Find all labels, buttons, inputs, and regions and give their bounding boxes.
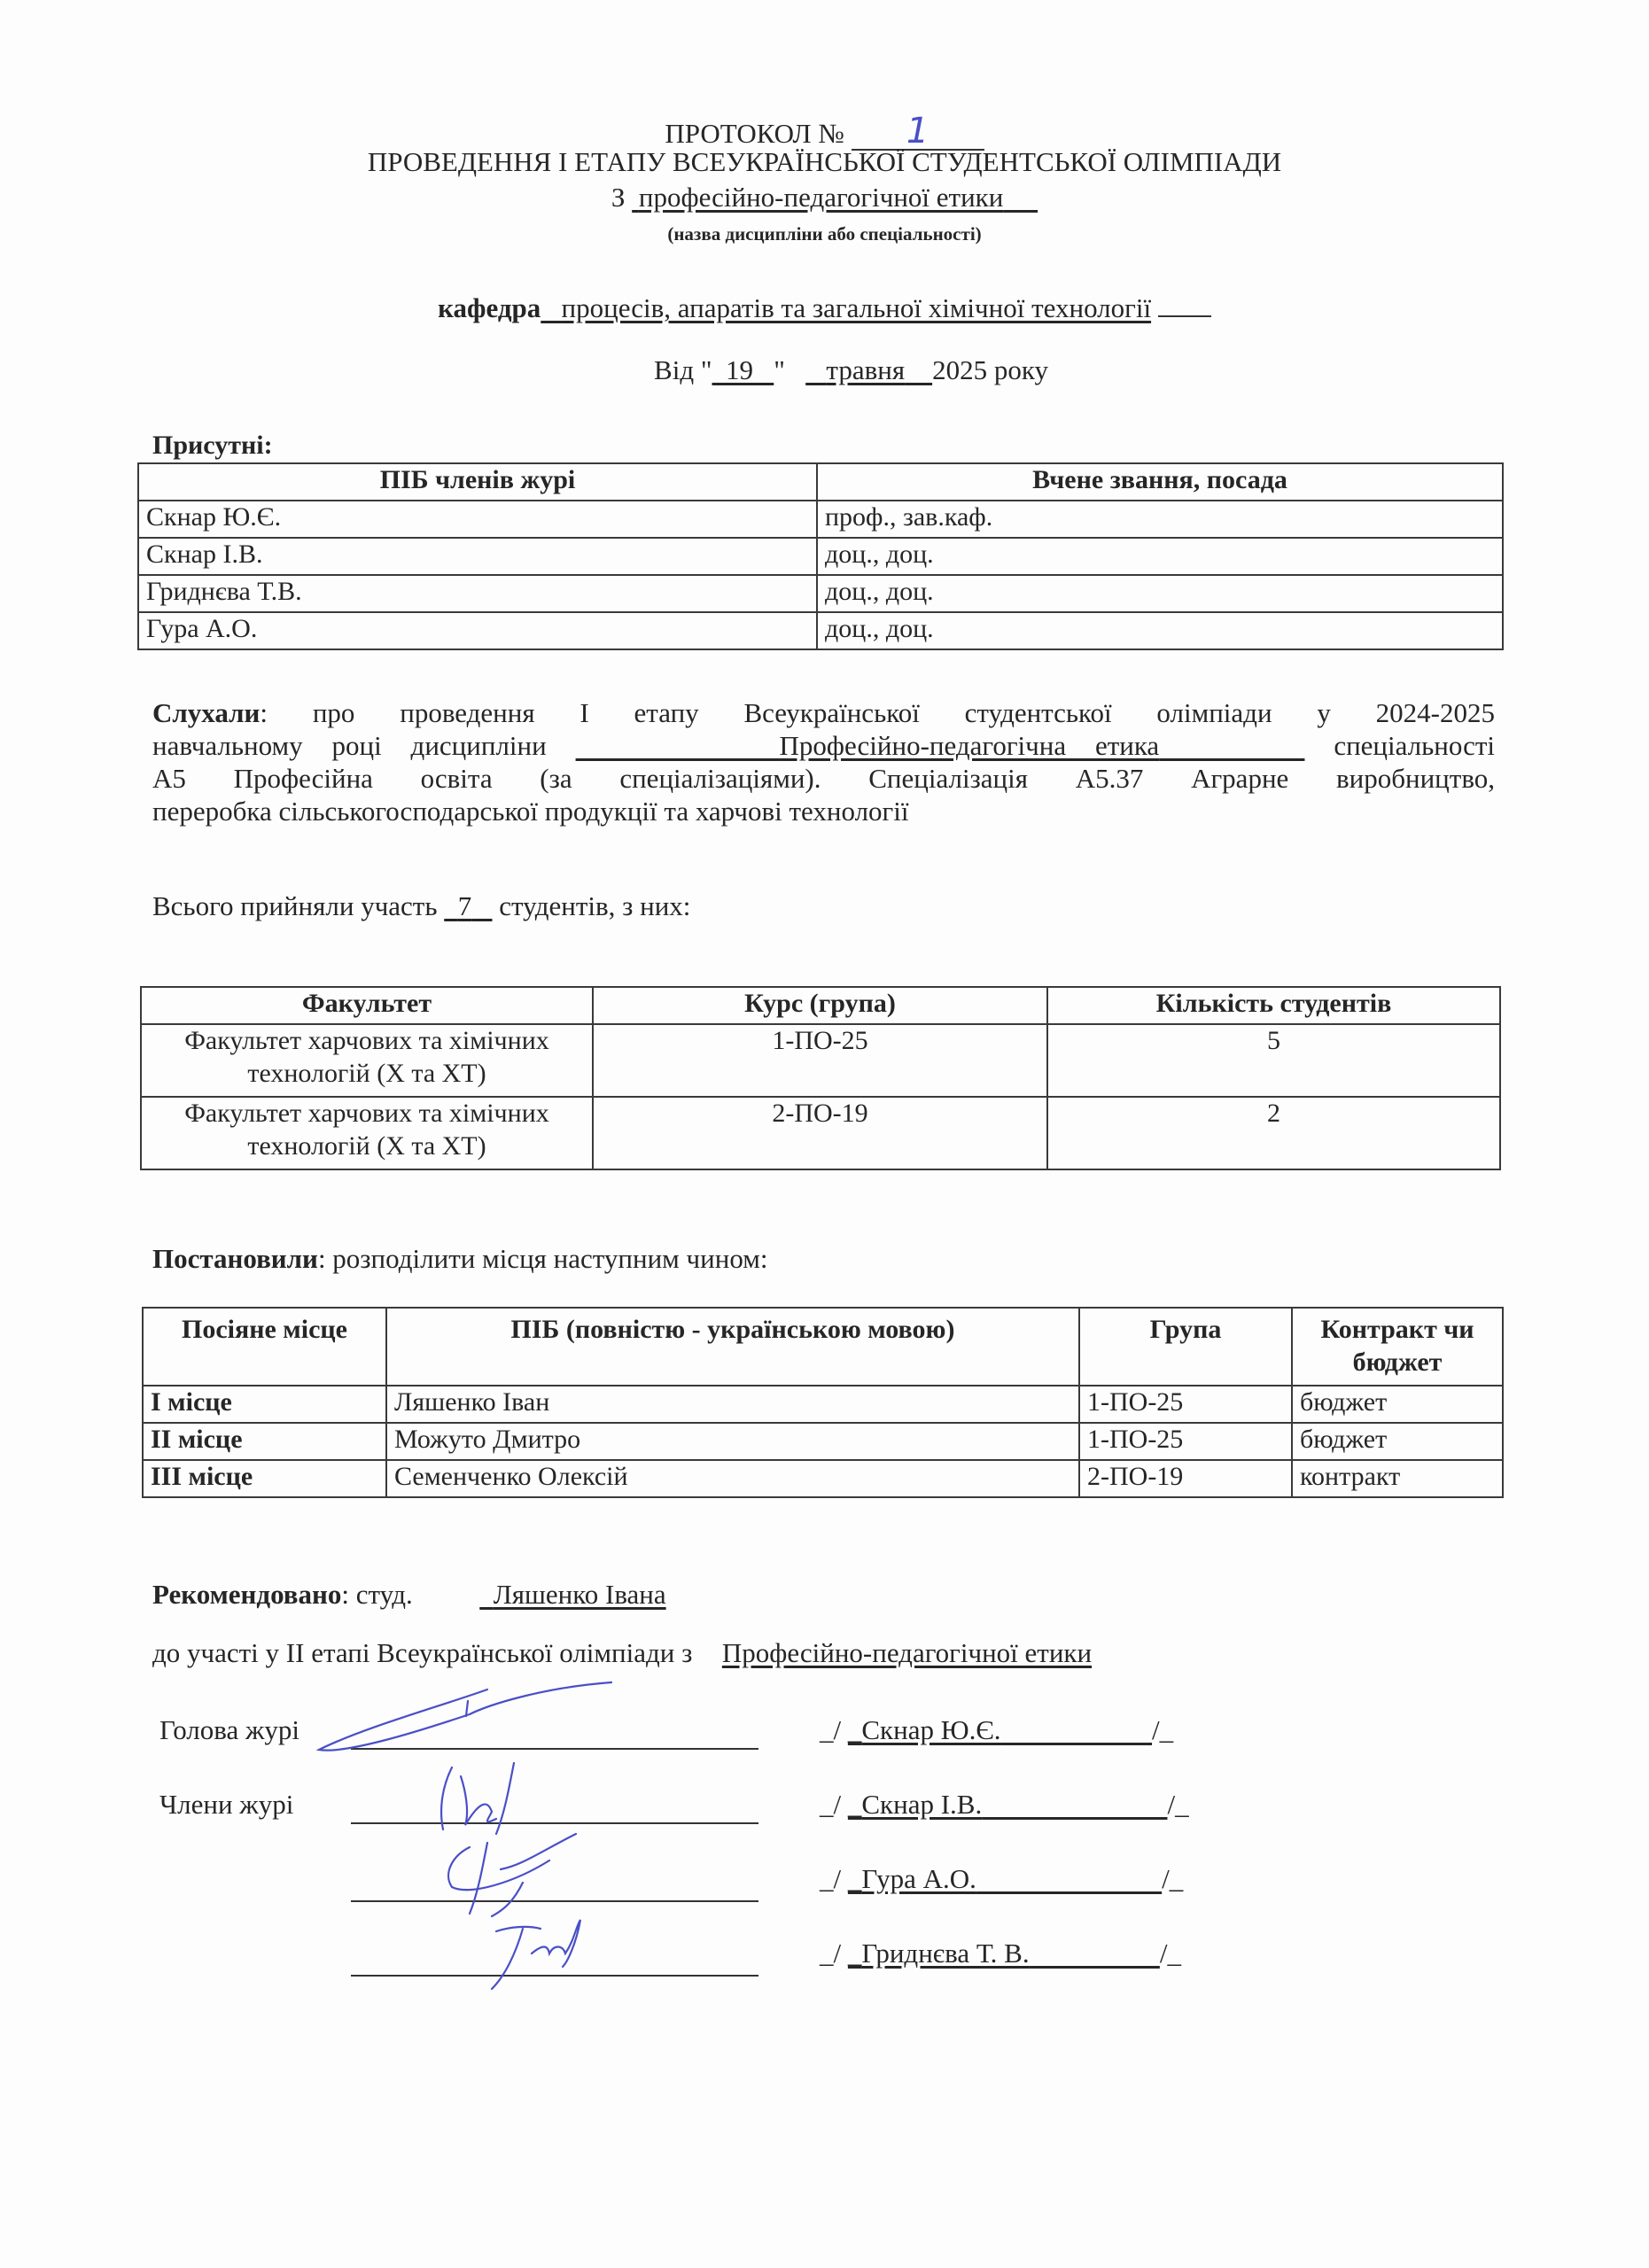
funding-type: контракт xyxy=(1292,1460,1503,1497)
heard-line-1: Слухали: про проведення І етапу Всеукраї… xyxy=(152,696,1495,729)
participants-count: 7 xyxy=(444,890,492,921)
faculty-table: Факультет Курс (група) Кількість студент… xyxy=(140,986,1501,1170)
student-count: 2 xyxy=(1047,1097,1500,1169)
date-quote: " xyxy=(774,354,785,385)
table-row: ІІІ місце Семенченко Олексій 2-ПО-19 кон… xyxy=(143,1460,1503,1497)
student-name: Можуто Дмитро xyxy=(386,1423,1079,1460)
column-header: Контракт чи бюджет xyxy=(1292,1308,1503,1386)
participants-prefix: Всього прийняли участь xyxy=(152,890,438,921)
department-name: процесів, апаратів та загальної хімічної… xyxy=(541,292,1151,323)
place: ІІ місце xyxy=(143,1423,386,1460)
department-line: кафедра процесів, апаратів та загальної … xyxy=(0,292,1649,324)
subject-name: професійно-педагогічної етики xyxy=(632,182,1038,213)
present-label: Присутні: xyxy=(152,431,273,461)
heard-line-4: переробка сільськогосподарської продукці… xyxy=(152,795,1495,827)
member-3-name-field: _/ _Гриднєва Т. В. /_ xyxy=(820,1938,1181,1969)
subject-line: З професійно-педагогічної етики xyxy=(0,182,1649,214)
decided-label: Постановили xyxy=(152,1243,318,1274)
table-row: Факультет харчових та хімічних технологі… xyxy=(141,1097,1500,1169)
recommended-line-2: до участі у ІІ етапі Всеукраїнської олім… xyxy=(152,1637,1092,1669)
course-group: 2-ПО-19 xyxy=(593,1097,1047,1169)
student-count: 5 xyxy=(1047,1024,1500,1097)
chair-name-field: _/ _Скнар Ю.Є. /_ xyxy=(820,1714,1173,1746)
place: І місце xyxy=(143,1386,386,1423)
places-table-header: Посіяне місце ПІБ (повністю - українсько… xyxy=(143,1308,1503,1386)
table-row: Гриднєва Т.В. доц., доц. xyxy=(138,575,1503,612)
protocol-label: ПРОТОКОЛ № xyxy=(665,118,844,149)
recommended-subject: Професійно-педагогічної етики xyxy=(722,1637,1092,1668)
heard-paragraph: Слухали: про проведення І етапу Всеукраї… xyxy=(152,696,1495,827)
column-header: ПІБ членів журі xyxy=(138,463,817,501)
jury-title: доц., доц. xyxy=(817,575,1503,612)
jury-name: Гриднєва Т.В. xyxy=(138,575,817,612)
recommended-label: Рекомендовано xyxy=(152,1579,341,1610)
faculty-name: Факультет харчових та хімічних технологі… xyxy=(141,1097,593,1169)
subject-note: (назва дисципліни або спеціальності) xyxy=(0,223,1649,245)
table-row: Гура А.О. доц., доц. xyxy=(138,612,1503,649)
heard-label: Слухали xyxy=(152,697,260,728)
faculty-table-header: Факультет Курс (група) Кількість студент… xyxy=(141,987,1500,1024)
student-name: Ляшенко Іван xyxy=(386,1386,1079,1423)
handwritten-signatures xyxy=(310,1679,806,1998)
chair-label: Голова журі xyxy=(159,1714,299,1746)
table-row: ІІ місце Можуто Дмитро 1-ПО-25 бюджет xyxy=(143,1423,1503,1460)
table-row: І місце Ляшенко Іван 1-ПО-25 бюджет xyxy=(143,1386,1503,1423)
recommended-prefix: до участі у ІІ етапі Всеукраїнської олім… xyxy=(152,1637,692,1668)
date-year: 2025 року xyxy=(932,354,1048,385)
column-header: ПІБ (повністю - українською мовою) xyxy=(386,1308,1079,1386)
jury-title: доц., доц. xyxy=(817,538,1503,575)
heard-discipline: Професійно-педагогічна етика xyxy=(576,730,1305,761)
date-day: 19 xyxy=(712,354,774,385)
column-header: Вчене звання, посада xyxy=(817,463,1503,501)
student-name: Семенченко Олексій xyxy=(386,1460,1079,1497)
jury-title: проф., зав.каф. xyxy=(817,501,1503,538)
place: ІІІ місце xyxy=(143,1460,386,1497)
places-table: Посіяне місце ПІБ (повністю - українсько… xyxy=(142,1307,1504,1498)
student-group: 1-ПО-25 xyxy=(1079,1386,1292,1423)
participants-line: Всього прийняли участь 7 студентів, з ни… xyxy=(152,890,690,922)
date-month: травня xyxy=(805,354,932,385)
recommended-text: : студ. xyxy=(341,1579,412,1610)
participants-suffix: студентів, з них: xyxy=(499,890,690,921)
recommended-line: Рекомендовано: студ. Ляшенко Івана xyxy=(152,1579,666,1611)
subject-prefix: З xyxy=(611,182,626,213)
column-header: Факультет xyxy=(141,987,593,1024)
protocol-number-field: 1 xyxy=(852,113,984,151)
jury-table: ПІБ членів журі Вчене звання, посада Скн… xyxy=(137,462,1504,650)
table-row: Скнар І.В. доц., доц. xyxy=(138,538,1503,575)
recommended-student: Ляшенко Івана xyxy=(479,1579,665,1610)
members-label: Члени журі xyxy=(159,1789,293,1821)
course-group: 1-ПО-25 xyxy=(593,1024,1047,1097)
date-prefix: Від " xyxy=(654,354,712,385)
student-group: 1-ПО-25 xyxy=(1079,1423,1292,1460)
olympiad-title: ПРОВЕДЕННЯ І ЕТАПУ ВСЕУКРАЇНСЬКОЇ СТУДЕН… xyxy=(0,146,1649,178)
column-header: Кількість студентів xyxy=(1047,987,1500,1024)
heard-line-2: навчальному році дисципліни Професійно-п… xyxy=(152,729,1495,762)
decided-text: : розподілити місця наступним чином: xyxy=(318,1243,768,1274)
table-row: Скнар Ю.Є. проф., зав.каф. xyxy=(138,501,1503,538)
jury-name: Скнар І.В. xyxy=(138,538,817,575)
funding-type: бюджет xyxy=(1292,1386,1503,1423)
jury-name: Гура А.О. xyxy=(138,612,817,649)
department-label: кафедра xyxy=(438,292,541,323)
jury-title: доц., доц. xyxy=(817,612,1503,649)
column-header: Посіяне місце xyxy=(143,1308,386,1386)
faculty-name: Факультет харчових та хімічних технологі… xyxy=(141,1024,593,1097)
jury-table-header: ПІБ членів журі Вчене звання, посада xyxy=(138,463,1503,501)
member-1-name-field: _/ _Скнар І.В. /_ xyxy=(820,1789,1189,1821)
column-header: Група xyxy=(1079,1308,1292,1386)
decided-line: Постановили: розподілити місця наступним… xyxy=(152,1243,767,1275)
jury-name: Скнар Ю.Є. xyxy=(138,501,817,538)
student-group: 2-ПО-19 xyxy=(1079,1460,1292,1497)
heard-line-3: А5 Професійна освіта (за спеціалізаціями… xyxy=(152,762,1495,795)
date-line: Від " 19 " травня 2025 року xyxy=(0,354,1649,386)
column-header: Курс (група) xyxy=(593,987,1047,1024)
funding-type: бюджет xyxy=(1292,1423,1503,1460)
table-row: Факультет харчових та хімічних технологі… xyxy=(141,1024,1500,1097)
protocol-title: ПРОТОКОЛ № 1 xyxy=(0,113,1649,151)
member-2-name-field: _/ _Гура А.О. /_ xyxy=(820,1863,1183,1895)
department-blank xyxy=(1158,315,1211,317)
